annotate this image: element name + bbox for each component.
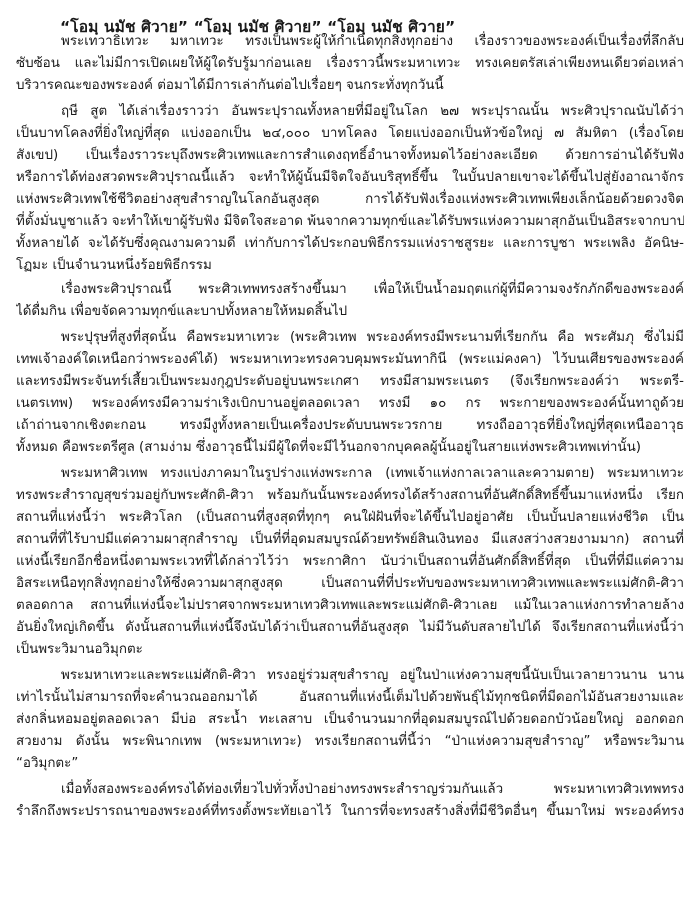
paragraph-line: หรือการได้ท่องสวดพระศิวปุราณนี้แล้ว จะทำ…: [16, 167, 684, 189]
paragraph-line: สวยงาม ดังนั้น พระพินากเทพ (พระมหาเทวะ) …: [16, 731, 684, 753]
paragraph-line: โฏมะ เป็นจำนวนหนึ่งร้อยพิธีกรรม: [16, 255, 684, 277]
paragraph-line: อิสระเหนือทุกสิ่งทุกอย่างให้ซึ่งความผาสุ…: [16, 573, 684, 595]
paragraph-first-line: พระปุรุษที่สูงที่สุดนั้น คือพระมหาเทวะ (…: [61, 327, 684, 349]
paragraph-line: รำลึกถึงพระปรารถนาของพระองค์ที่ทรงตั้งพร…: [16, 801, 684, 823]
paragraph-line: ได้ดื่มกิน เพื่อขจัดความทุกข์และบาปทั้งห…: [16, 301, 684, 323]
paragraph-line: แห่งพระศิวเทพใช้ชีวิตอย่างสุขสำราญในโลกอ…: [16, 189, 684, 211]
paragraph-line: ทั้งหลายได้ จะได้รับซึ่งคุณงามความดี เท่…: [16, 233, 684, 255]
paragraph-line: อันยิ่งใหญ่เกิดขึ้น ดังนั้นสถานที่แห่งนี…: [16, 617, 684, 639]
paragraph-line: เป็นบาทโคลงที่ยิ่งใหญ่ที่สุด แบ่งออกเป็น…: [16, 123, 684, 145]
paragraph-line: เท่าไรนั้นไม่สามารถที่จะคำนวณออกมาได้ อั…: [16, 687, 684, 709]
paragraph-line: สถานที่ที่ไร้บาปมีแต่ความผาสุกสำราญ เป็น…: [16, 529, 684, 551]
paragraph-line: ทรงพระสำราญสุขร่วมอยู่กับพระศักติ-ศิวา พ…: [16, 485, 684, 507]
document-page: “โอมฺ นมัช ศิวาย” “โอมฺ นมัช ศิวาย” “โอม…: [0, 0, 700, 921]
paragraph-line: ส่งกลิ่นหอมอยู่ตลอดเวลา มีบ่อ สระน้ำ ทะเ…: [16, 709, 684, 731]
paragraph-line: และทรงมีพระจันทร์เสี้ยวเป็นพระมงกุฎประดั…: [16, 371, 684, 393]
paragraph-line: เนตรเทพ) พระองค์ทรงมีความร่าเริงเบิกบานอ…: [16, 393, 684, 415]
paragraph-line: เถ้าถ่านจากเชิงตะกอน ทรงมีงูทั้งหลายเป็น…: [16, 415, 684, 437]
paragraph-line: บริวารคณะของพระองค์ ต่อมาได้มีการเล่ากัน…: [16, 75, 684, 97]
paragraph-line: ทั้งหมด คือพระตรีศูล (สามง่าม ซึ่งอาวุธน…: [16, 437, 684, 459]
paragraph-line: ตลอดกาล สถานที่แห่งนี้จะไม่ปราศจากพระมหา…: [16, 595, 684, 617]
paragraph-line: เป็นพระวิมานอวิมุกตะ: [16, 639, 684, 661]
paragraph-line: สังเขป) เป็นเรื่องราวระบุถึงพระศิวเทพและ…: [16, 145, 684, 167]
paragraph-line: ที่ตั้งมั่นบูชาแล้ว จะทำให้เขาผู้รับฟัง …: [16, 211, 684, 233]
paragraph-first-line: พระมหาศิวเทพ ทรงแบ่งภาคมาในรูปร่างแห่งพร…: [61, 463, 684, 485]
paragraph-line: แห่งนี้เรียกอีกชื่อหนึ่งตามพระเวทที่ได้ก…: [16, 551, 684, 573]
paragraph-line: เทพเจ้าองค์ใดเหนือกว่าพระองค์ได้) พระมหา…: [16, 349, 684, 371]
paragraph-first-line: เรื่องพระศิวปุราณนี้ พระศิวเทพทรงสร้างขึ…: [61, 279, 684, 301]
paragraph-line: สถานที่แห่งนี้ว่า พระศิวโลก (เป็นสถานที่…: [16, 507, 684, 529]
paragraph-line: ซับซ้อน และไม่มีการเปิดเผยให้ผู้ใดรับรู้…: [16, 53, 684, 75]
paragraph-first-line: ฤษี สูต ได้เล่าเรื่องราวว่า อันพระปุราณท…: [61, 101, 684, 123]
paragraph-line: “อวิมุกตะ”: [16, 753, 684, 775]
paragraph-first-line: พระมหาเทวะและพระแม่ศักติ-ศิวา ทรงอยู่ร่ว…: [61, 665, 684, 687]
paragraph-first-line: พระเทวาธิเทวะ มหาเทวะ ทรงเป็นพระผู้ให้กำ…: [61, 31, 684, 53]
paragraph-first-line: เมื่อทั้งสองพระองค์ทรงได้ท่องเที่ยวไปทั่…: [61, 779, 684, 801]
